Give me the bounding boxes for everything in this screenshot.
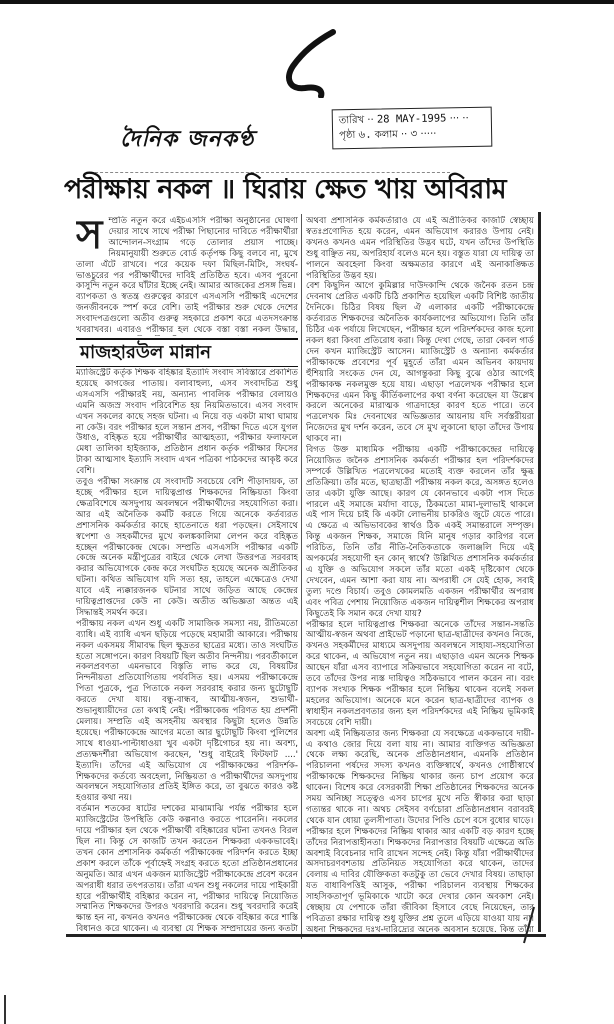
paragraph: পরীক্ষার হলে দায়িত্বপ্রাপ্ত শিক্ষকরা অন… bbox=[306, 620, 534, 729]
paragraph: বর্তমান শতকের ষাটের দশকের মাঝামাঝি পর্যন… bbox=[76, 804, 298, 932]
paragraph: ম্প্রতি নতুন করে এইচএসসি পরীক্ষা অনুষ্ঠা… bbox=[76, 216, 298, 292]
paragraph: পরীক্ষায় নকল এখন শুধু একটি সামাজিক সমস্… bbox=[76, 619, 298, 804]
right-border-rule bbox=[538, 212, 541, 932]
stamp-date-label: তারিখ bbox=[339, 115, 365, 126]
stamp-date-value: 28 MAY-1995 bbox=[377, 112, 447, 125]
scan-top-edge bbox=[0, 0, 614, 4]
column-divider bbox=[301, 214, 302, 939]
stamp-column-label: কলাম bbox=[375, 129, 398, 140]
paragraph: অবশ্য এই নিষ্ক্রিয়তার জন্য শিক্ষকরা যে … bbox=[306, 729, 534, 827]
paragraph: ম্যাজিস্ট্রেট কর্তৃক শিক্ষক বহিষ্কার ইত্… bbox=[76, 368, 298, 477]
scan-margin-mark bbox=[4, 995, 12, 1024]
paragraph: তবুও পরীক্ষা সংক্রান্ত যে সংবাদটি সবচেয়… bbox=[76, 477, 298, 619]
byline: মাজহারউল মান্নান bbox=[76, 340, 298, 367]
paragraph: অথবা প্রশাসনিক কর্মকর্তারাও যে এই অপ্রীত… bbox=[306, 216, 534, 281]
newspaper-name: দৈনিক জনকণ্ঠ bbox=[120, 122, 254, 159]
paragraph: বেশ কিছুদিন আগে কুমিল্লার দাউদকান্দি থেক… bbox=[306, 281, 534, 445]
stamp-column-value: ৩ bbox=[410, 128, 417, 140]
left-column-intro: স ম্প্রতি নতুন করে এইচএসসি পরীক্ষা অনুষ্… bbox=[76, 216, 298, 336]
paragraph: ব্যাপকতা ও স্বতন্ত্র গুরুত্বের কারণে এসএ… bbox=[76, 292, 298, 336]
bottom-rule bbox=[66, 934, 546, 937]
right-column-body: অথবা প্রশাসনিক কর্মকর্তারাও যে এই অপ্রীত… bbox=[306, 216, 534, 932]
date-stamp: তারিখ ·· 28 MAY-1995 ··· ·· পৃষ্ঠা ৬. কল… bbox=[332, 107, 493, 150]
byline-block: মাজহারউল মান্নান bbox=[76, 338, 298, 367]
stamp-page-value: ৬. bbox=[358, 129, 371, 141]
left-column-body: ম্যাজিস্ট্রেট কর্তৃক শিক্ষক বহিষ্কার ইত্… bbox=[76, 368, 298, 932]
headline: পরীক্ষায় নকল ॥ ঘিরায় ক্ষেত খায় অবিরাম bbox=[64, 170, 544, 210]
handwritten-mark bbox=[275, 28, 345, 98]
paragraph: বিগত উক্ত মাধ্যমিক পরীক্ষায় একটি পরীক্ষ… bbox=[306, 445, 534, 620]
pen-slash-mark bbox=[500, 905, 540, 945]
stamp-page-label: পৃষ্ঠা bbox=[339, 130, 355, 141]
dropcap: স bbox=[76, 218, 102, 252]
